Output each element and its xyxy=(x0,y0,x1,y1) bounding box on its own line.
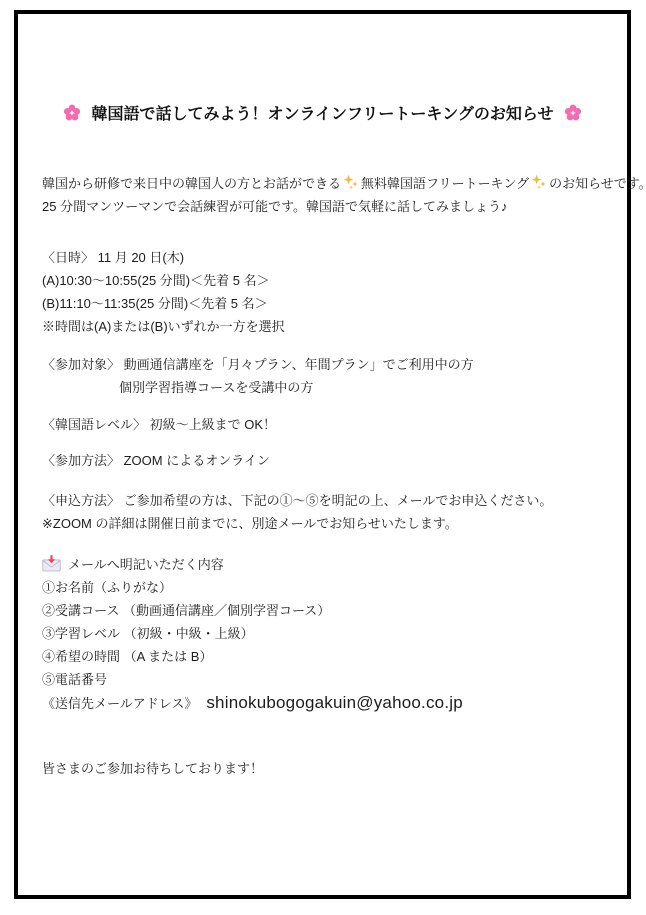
target-line-1: 〈参加対象〉 動画通信講座を「月々プラン、年間プラン」でご利用中の方 xyxy=(42,353,603,376)
mail-contents-section: メールへ明記いただく内容 ①お名前（ふりがな） ②受講コース （動画通信講座／個… xyxy=(42,553,603,691)
target-section: 〈参加対象〉 動画通信講座を「月々プラン、年間プラン」でご利用中の方 個別学習指… xyxy=(42,353,603,399)
schedule-section: 〈日時〉 11 月 20 日(木) (A)10:30～10:55(25 分間)＜… xyxy=(42,246,603,338)
sparkles-icon xyxy=(531,174,547,190)
schedule-note: ※時間は(A)または(B)いずれか一方を選択 xyxy=(42,315,603,338)
closing-line: 皆さまのご参加お待ちしております！ xyxy=(42,757,603,780)
schedule-slot-a: (A)10:30～10:55(25 分間)＜先着 5 名＞ xyxy=(42,269,603,292)
mail-item-2: ②受講コース （動画通信講座／個別学習コース） xyxy=(42,599,603,622)
intro-line1-highlight: 無料韓国語フリートーキング xyxy=(361,176,529,191)
schedule-heading: 〈日時〉 11 月 20 日(木) xyxy=(42,246,603,269)
mail-contents-heading-text: メールへ明記いただく内容 xyxy=(68,557,224,572)
mail-contents-heading: メールへ明記いただく内容 xyxy=(42,553,603,576)
intro-line1-before: 韓国から研修で来日中の韓国人の方とお話ができる xyxy=(42,176,341,191)
document-page: 韓国語で話してみよう！オンラインフリートーキングのお知らせ xyxy=(14,10,631,899)
intro-line1-after: のお知らせです。 xyxy=(549,176,646,191)
application-line-1: 〈申込方法〉 ご参加希望の方は、下記の①～⑤を明記の上、メールでお申込ください。 xyxy=(42,489,603,512)
intro-paragraph: 韓国から研修で来日中の韓国人の方とお話ができる 無料韓国語フリートーキング のお… xyxy=(42,172,603,218)
application-section: 〈申込方法〉 ご参加希望の方は、下記の①～⑤を明記の上、メールでお申込ください。… xyxy=(42,489,603,535)
mail-item-3: ③学習レベル （初級・中級・上級） xyxy=(42,622,603,645)
mail-item-4: ④希望の時間 （A または B） xyxy=(42,645,603,668)
cherry-blossom-icon xyxy=(63,104,81,122)
method-line: 〈参加方法〉 ZOOM によるオンライン xyxy=(42,449,603,472)
page-title-text: 韓国語で話してみよう！オンラインフリートーキングのお知らせ xyxy=(92,106,554,123)
level-line: 〈韓国語レベル〉 初級～上級まで OK！ xyxy=(42,413,603,436)
sender-line: 《送信先メールアドレス》shinokubogogakuin@yahoo.co.j… xyxy=(42,691,603,715)
document-content: 韓国語で話してみよう！オンラインフリートーキングのお知らせ xyxy=(18,103,627,780)
mail-item-5: ⑤電話番号 xyxy=(42,668,603,691)
intro-line-1: 韓国から研修で来日中の韓国人の方とお話ができる 無料韓国語フリートーキング のお… xyxy=(42,172,603,195)
cherry-blossom-icon xyxy=(564,104,582,122)
schedule-slot-b: (B)11:10～11:35(25 分間)＜先着 5 名＞ xyxy=(42,292,603,315)
envelope-with-arrow-icon xyxy=(42,555,61,572)
sender-label: 《送信先メールアドレス》 xyxy=(42,696,197,711)
sparkles-icon xyxy=(343,174,359,190)
page-title: 韓国語で話してみよう！オンラインフリートーキングのお知らせ xyxy=(48,103,597,127)
mail-item-1: ①お名前（ふりがな） xyxy=(42,576,603,599)
application-line-2: ※ZOOM の詳細は開催日前までに、別途メールでお知らせいたします。 xyxy=(42,512,603,535)
sender-email-address: shinokubogogakuin@yahoo.co.jp xyxy=(206,693,463,712)
intro-line-2: 25 分間マンツーマンで会話練習が可能です。韓国語で気軽に話してみましょう♪ xyxy=(42,195,603,218)
document-canvas: 韓国語で話してみよう！オンラインフリートーキングのお知らせ xyxy=(0,0,646,915)
target-line-2: 個別学習指導コースを受講中の方 xyxy=(42,376,603,399)
